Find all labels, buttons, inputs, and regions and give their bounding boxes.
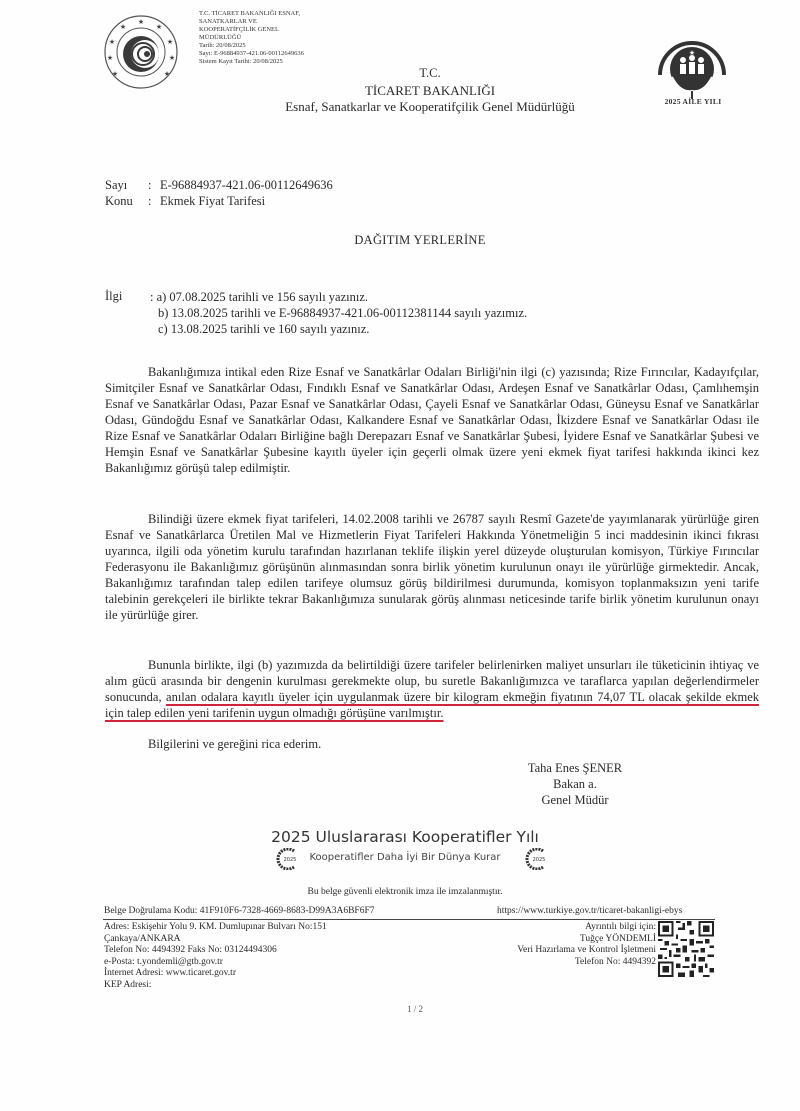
reference-item: : a) 07.08.2025 tarihli ve 156 sayılı ya… [150,289,527,305]
contact-heading: Ayrıntılı bilgi için: [470,922,656,934]
reference-list: : a) 07.08.2025 tarihli ve 156 sayılı ya… [158,289,527,337]
signer-on-behalf: Bakan a. [500,776,650,792]
cooperative-year-title: 2025 Uluslararası Kooperatifler Yılı [0,828,800,846]
svg-text:★: ★ [138,18,144,26]
registry-stamp: T.C. TİCARET BAKANLIĞI ESNAF, SANATKARLA… [199,10,304,66]
cooperative-slogan: Kooperatifler Daha İyi Bir Dünya Kurar [0,852,800,863]
svg-text:★: ★ [107,54,113,62]
cooperative-emblem-icon: 2025 [525,848,551,870]
verification-url[interactable]: https://www.turkiye.gov.tr/ticaret-bakan… [497,906,682,916]
svg-text:★: ★ [167,38,173,46]
address-city: Çankaya/ANKARA [104,934,327,946]
document-page: ★★★ ★★★ ★★★ T.C. TİCARET BAKANLIĞI ESNAF… [0,0,800,1111]
svg-text:2025: 2025 [533,857,546,863]
address-block: Adres: Eskişehir Yolu 9. KM. Dumlupınar … [104,922,327,991]
stamp-line: T.C. TİCARET BAKANLIĞI ESNAF, [199,10,304,18]
stamp-system-date: Sistem Kayıt Tarihi: 20/08/2025 [199,58,304,66]
stamp-line: KOOPERATİFÇİLİK GENEL [199,26,304,34]
verification-code: Belge Doğrulama Kodu: 41F910F6-7328-4669… [104,906,374,916]
document-number-row: Sayı : E-96884937-421.06-00112649636 [105,178,333,193]
subject-label: Konu [105,194,148,209]
e-signature-notice: Bu belge güvenli elektronik imza ile imz… [0,887,800,897]
subject-value: Ekmek Fiyat Tarifesi [160,194,265,209]
reference-item: c) 13.08.2025 tarihli ve 160 sayılı yazı… [158,321,527,337]
website: İnternet Adresi: www.ticaret.gov.tr [104,968,327,980]
separator: : [148,194,160,209]
stamp-line: MÜDÜRLÜĞÜ [199,34,304,42]
body-paragraph-3: Bununla birlikte, ilgi (b) yazımızda da … [105,657,759,721]
reference-label: İlgi [105,289,122,304]
svg-text:★: ★ [109,38,115,46]
contact-name: Tuğçe YÖNDEMLİ [470,934,656,946]
closing-line: Bilgilerini ve gereğini rica ederim. [148,737,321,752]
contact-role: Veri Hazırlama ve Kontrol İşletmeni [470,945,656,957]
phone-fax: Telefon No: 4494392 Faks No: 03124494306 [104,945,327,957]
email: e-Posta: t.yondemli@gtb.gov.tr [104,957,327,969]
subject-row: Konu : Ekmek Fiyat Tarifesi [105,194,265,209]
stamp-number: Sayı: E-96884937-421.06-00112649636 [199,50,304,58]
contact-block: Ayrıntılı bilgi için: Tuğçe YÖNDEMLİ Ver… [470,922,656,968]
svg-text:★: ★ [169,54,175,62]
kep-address: KEP Adresi: [104,980,327,992]
body-paragraph-1: Bakanlığımıza intikal eden Rize Esnaf ve… [105,364,759,476]
highlighted-decision: anılan odalara kayıtlı üyeler için uygul… [105,690,759,720]
contact-phone: Telefon No: 4494392 [470,957,656,969]
number-label: Sayı [105,178,148,193]
document-number: E-96884937-421.06-00112649636 [160,178,333,193]
body-paragraph-2: Bilindiği üzere ekmek fiyat tarifeleri, … [105,511,759,623]
stamp-date: Tarih: 20/08/2025 [199,42,304,50]
signature-block: Taha Enes ŞENER Bakan a. Genel Müdür [500,760,650,808]
separator: : [148,178,160,193]
letterhead-tc: T.C. [0,66,800,81]
signer-name: Taha Enes ŞENER [500,760,650,776]
svg-text:★: ★ [120,23,126,31]
address-line: Adres: Eskişehir Yolu 9. KM. Dumlupınar … [104,922,327,934]
svg-text:★: ★ [156,23,162,31]
signer-title: Genel Müdür [500,792,650,808]
stamp-line: SANATKARLAR VE [199,18,304,26]
reference-item: b) 13.08.2025 tarihli ve E-96884937-421.… [158,305,527,321]
qr-code-icon[interactable] [658,921,714,977]
letterhead-department: Esnaf, Sanatkarlar ve Kooperatifçilik Ge… [0,99,800,115]
footer-divider [103,919,715,920]
page-number: 1 / 2 [0,1004,800,1014]
recipient-heading: DAĞITIM YERLERİNE [0,233,800,248]
letterhead-ministry: TİCARET BAKANLIĞI [0,83,800,99]
